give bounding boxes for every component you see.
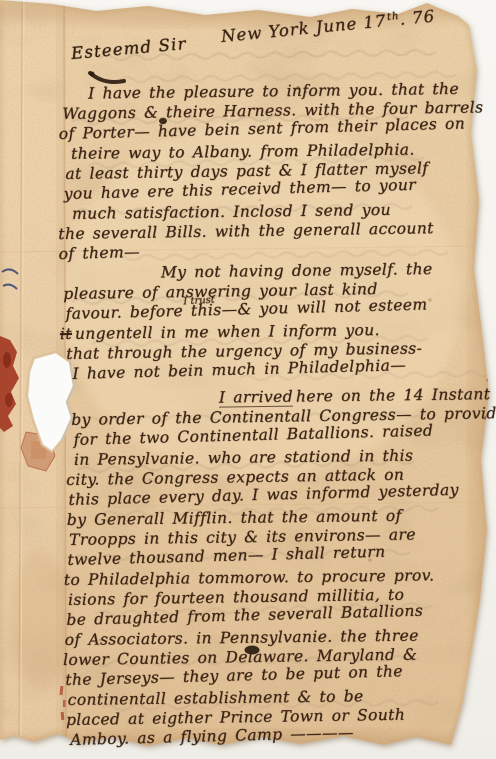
bottom-edge-toning <box>0 730 496 754</box>
paper-artwork <box>0 0 496 759</box>
right-edge-toning <box>469 50 496 710</box>
scanned-letter: New York June 17th. 76 Esteemd Sir I hav… <box>0 0 496 759</box>
